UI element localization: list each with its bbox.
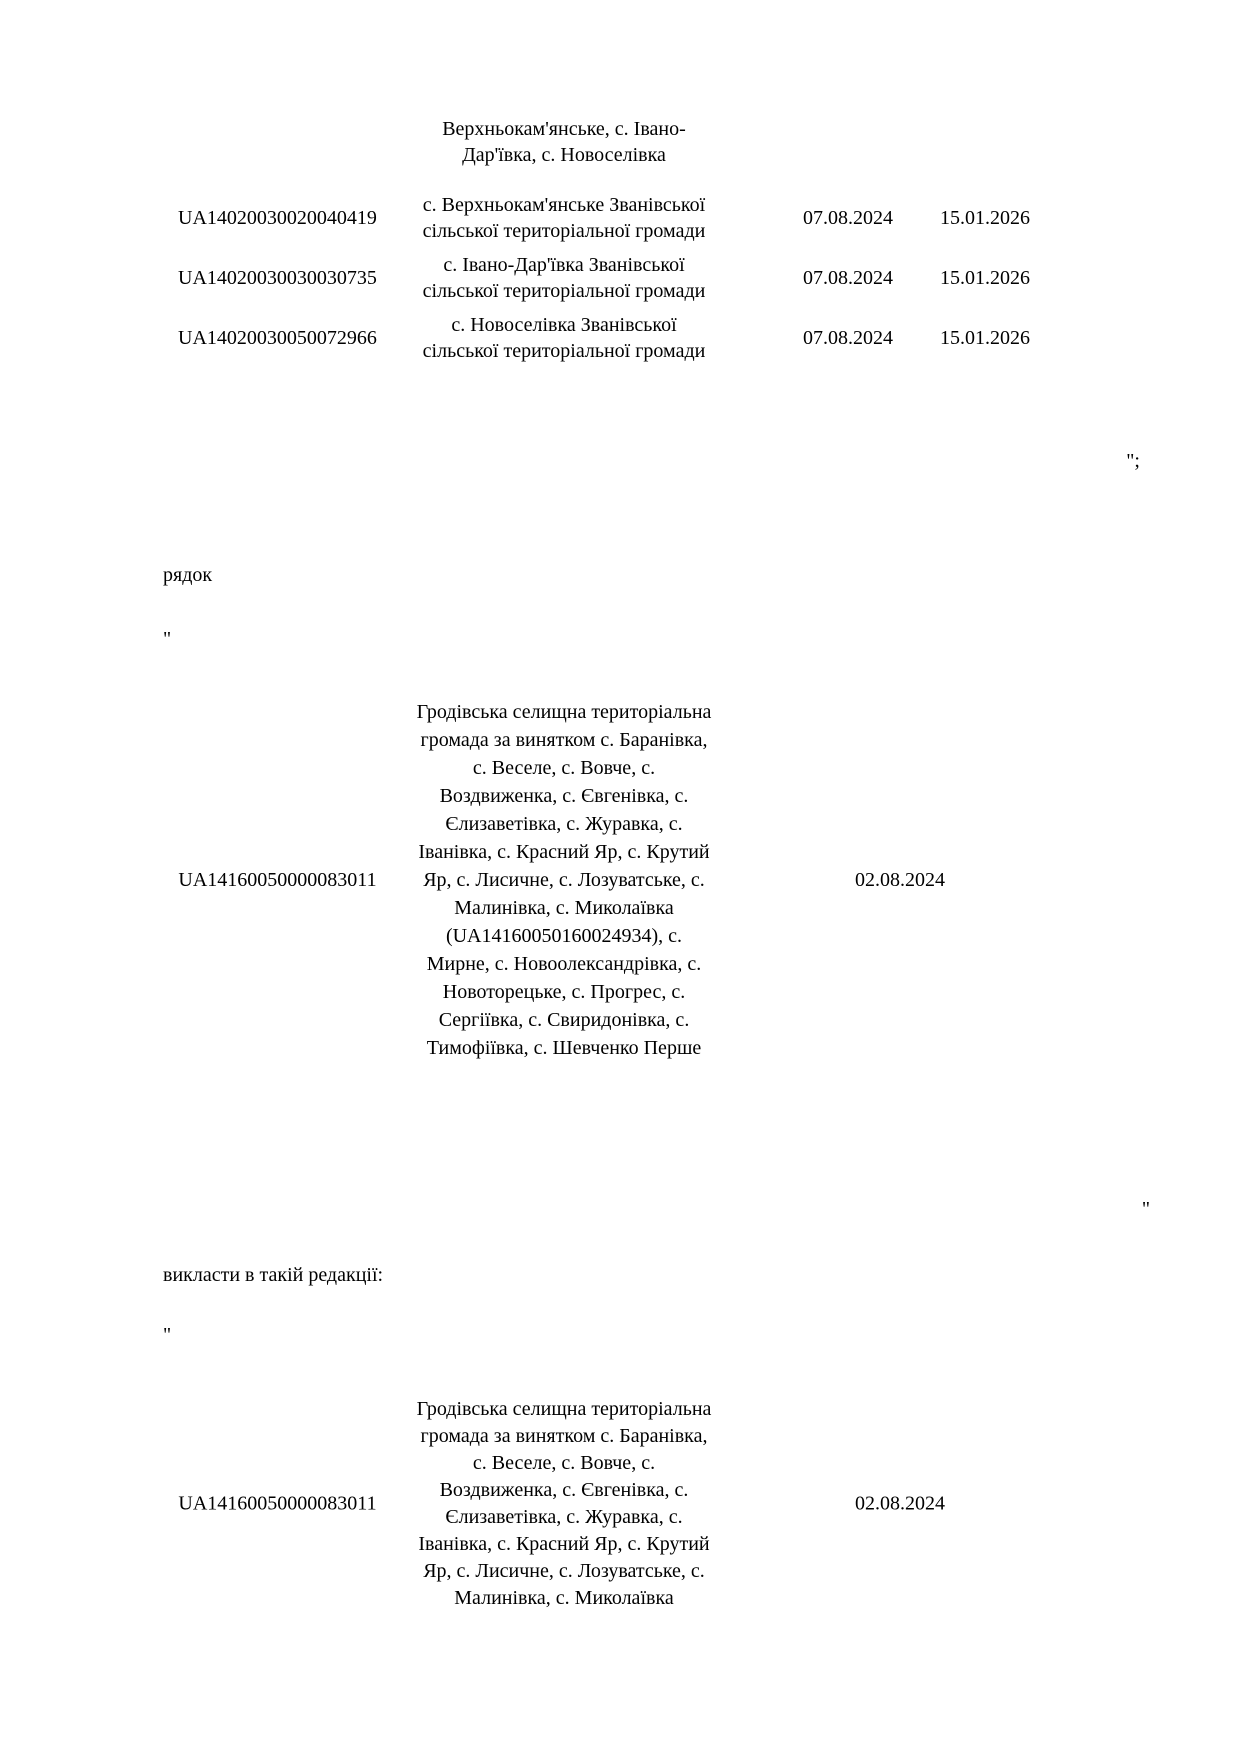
territory-cell: Гродівська селищна територіальна громада… [388, 1396, 740, 1612]
date-to-cell: 15.01.2026 [920, 265, 1050, 291]
table-row: UA14160050000083011 Гродівська селищна т… [0, 698, 1241, 1062]
closing-quote-semicolon: "; [1060, 448, 1140, 474]
date-from-cell: 02.08.2024 [840, 1491, 960, 1518]
settlement-code-cell: UA14020030030030735 [150, 265, 405, 291]
document-page: Верхньокам'янське, с. Івано- Дар'ївка, с… [0, 0, 1241, 1755]
settlement-code-cell: UA14160050000083011 [150, 866, 405, 894]
settlement-code-cell: UA14160050000083011 [150, 1491, 405, 1518]
settlement-code-cell: UA14020030020040419 [150, 205, 405, 231]
table-row: UA14020030030030735 с. Івано-Дар'ївка Зв… [0, 252, 1241, 304]
date-from-cell: 07.08.2024 [788, 265, 908, 291]
closing-quote: " [1080, 1196, 1150, 1222]
date-from-cell: 02.08.2024 [840, 866, 960, 894]
instruction-text: викласти в такій редакції: [163, 1262, 763, 1288]
date-to-cell: 15.01.2026 [920, 205, 1050, 231]
territory-cell: с. Івано-Дар'ївка Званівської сільської … [388, 252, 740, 304]
table-row: UA14160050000083011 Гродівська селищна т… [0, 1396, 1241, 1612]
opening-quote: " [163, 626, 203, 652]
date-from-cell: 07.08.2024 [788, 205, 908, 231]
date-from-cell: 07.08.2024 [788, 325, 908, 351]
table-row: UA14020030050072966 с. Новоселівка Звані… [0, 312, 1241, 364]
table-row-carryover: Верхньокам'янське, с. Івано- Дар'ївка, с… [0, 116, 1241, 168]
date-to-cell: 15.01.2026 [920, 325, 1050, 351]
table-row: UA14020030020040419 с. Верхньокам'янське… [0, 192, 1241, 244]
territory-cell: Верхньокам'янське, с. Івано- Дар'ївка, с… [388, 116, 740, 168]
territory-cell: с. Новоселівка Званівської сільської тер… [388, 312, 740, 364]
row-label: рядок [163, 562, 563, 588]
territory-cell: Гродівська селищна територіальна громада… [388, 698, 740, 1062]
settlement-code-cell: UA14020030050072966 [150, 325, 405, 351]
opening-quote: " [163, 1322, 203, 1348]
territory-cell: с. Верхньокам'янське Званівської сільськ… [388, 192, 740, 244]
